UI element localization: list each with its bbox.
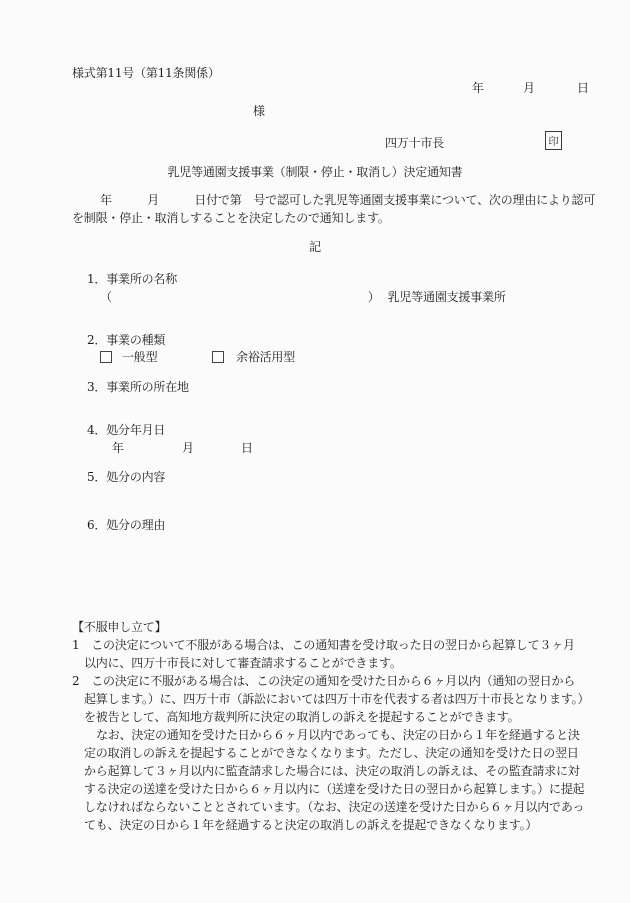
item1-facility-name-label: 1．事業所の名称: [87, 270, 177, 287]
document-title: 乳児等通園支援事業（制限・停止・取消し）決定通知書: [0, 163, 630, 180]
item2-options-row: 一般型 余裕活用型: [0, 348, 630, 366]
item2-business-type-label: 2．事業の種類: [87, 331, 165, 348]
appeal-line: 1 この決定について不服がある場合は、この通知書を受け取った日の翌日から起算して…: [72, 636, 602, 654]
appeal-section: 【不服申し立て】 1 この決定について不服がある場合は、この通知書を受け取った日…: [72, 618, 602, 834]
appeal-heading: 【不服申し立て】: [72, 618, 602, 636]
document-page: 様式第11号（第11条関係） 年 月 日 様 四万十市長 印 乳児等通園支援事業…: [0, 0, 630, 903]
item3-facility-address-label: 3．事業所の所在地: [87, 378, 189, 395]
issue-date-day-label: 日: [577, 79, 589, 96]
disposition-date-year-label: 年: [112, 439, 124, 456]
appeal-line: から起算して３ヶ月以内に監査請求した場合には、決定の取消しの訴えは、その監査請求…: [84, 762, 602, 780]
appeal-line: なお、決定の通知を受けた日から６ヶ月以内であっても、決定の日から１年を経過すると…: [96, 726, 602, 744]
appeal-line: を被告として、高知地方裁判所に決定の取消しの訴えを提起することができます。: [84, 708, 602, 726]
facility-name-suffix: 乳児等通園支援事業所: [388, 290, 506, 304]
addressee-honorific: 様: [253, 102, 265, 119]
item5-disposition-content-label: 5．処分の内容: [87, 468, 165, 485]
appeal-line: 起算します。）に、四万十市（訴訟においては四万十市を代表する者は四万十市長となり…: [84, 690, 602, 708]
disposition-date-month-label: 月: [182, 439, 194, 456]
issue-date-year-label: 年: [472, 79, 484, 96]
body-paragraph: 年 月 日付で第 号で認可した乳児等通園支援事業について、次の理由により認可 を…: [72, 191, 592, 227]
body-line-1: 年 月 日付で第 号で認可した乳児等通園支援事業について、次の理由により認可: [72, 191, 592, 209]
appeal-line: する決定の送達を受けた日から６ヶ月以内に（送達を受けた日の翌日から起算します。）…: [84, 780, 602, 798]
paren-close: ）: [368, 290, 380, 304]
record-mark: 記: [0, 238, 630, 255]
checkbox-general-type[interactable]: [100, 351, 112, 363]
appeal-line: 定の取消しの訴えを提起することができなくなります。ただし、決定の通知を受けた日の…: [84, 744, 602, 762]
appeal-line: 以内に、四万十市長に対して審査請求することができます。: [84, 654, 602, 672]
paren-open: （: [100, 290, 112, 304]
option-general-type-label: 一般型: [122, 348, 157, 365]
appeal-line: 2 この決定に不服がある場合は、この決定の通知を受けた日から６ヶ月以内（通知の翌…: [72, 672, 602, 690]
disposition-date-day-label: 日: [241, 439, 253, 456]
appeal-line: しなければならないこととされています。（なお、決定の送達を受けた日から６ヶ月以内…: [84, 798, 602, 816]
form-number: 様式第11号（第11条関係）: [72, 64, 220, 81]
appeal-line: ても、決定の日から１年を経過すると決定の取消しの訴えを提起できなくなります。）: [84, 816, 602, 834]
item4-disposition-date-label: 4．処分年月日: [87, 421, 165, 438]
item1-facility-name-field: （）乳児等通園支援事業所: [100, 288, 506, 305]
seal-box: 印: [545, 131, 562, 150]
checkbox-surplus-use-type[interactable]: [212, 351, 224, 363]
option-surplus-use-type-label: 余裕活用型: [236, 348, 295, 365]
issuer-title: 四万十市長: [385, 134, 444, 151]
body-line-2: を制限・停止・取消しすることを決定したので通知します。: [72, 209, 592, 227]
seal-label: 印: [549, 133, 559, 148]
item6-disposition-reason-label: 6．処分の理由: [87, 516, 165, 533]
issue-date-month-label: 月: [523, 79, 535, 96]
